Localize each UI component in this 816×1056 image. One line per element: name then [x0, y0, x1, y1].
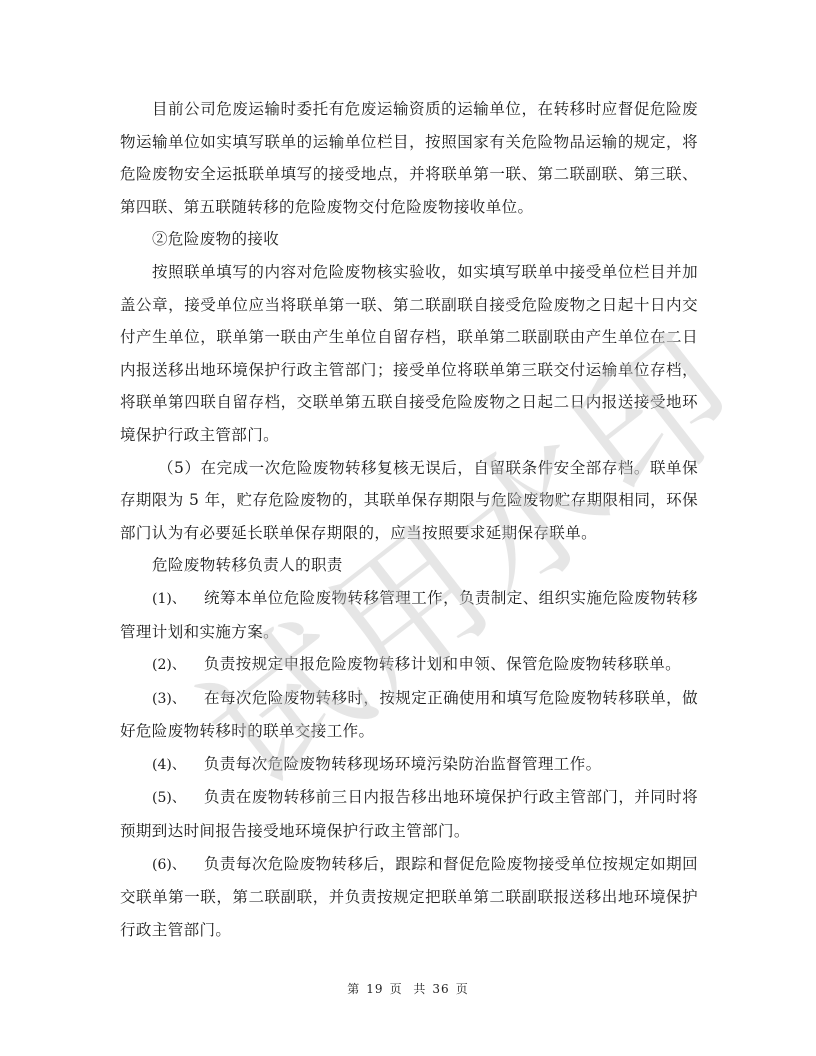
list-item-text: 负责在废物转移前三日内报告移出地环境保护行政主管部门，并同时将预期到达时间报告接… — [120, 788, 698, 840]
footer-prefix: 第 — [347, 982, 360, 996]
list-item: (6)、负责每次危险废物转移后，跟踪和督促危险废物接受单位按规定如期回交联单第一… — [120, 848, 698, 947]
section-heading-receipt: ②危险废物的接收 — [120, 223, 698, 256]
paragraph-transport: 目前公司危废运输时委托有危废运输资质的运输单位，在转移时应督促危险废物运输单位如… — [120, 93, 698, 223]
list-item-text: 在每次危险废物转移时，按规定正确使用和填写危险废物转移联单，做好危险废物转移时的… — [120, 689, 698, 741]
current-page-number: 19 — [366, 982, 383, 996]
list-item-text: 负责按规定申报危险废物转移计划和申领、保管危险废物转移联单。 — [204, 655, 681, 673]
list-item-number: (3)、 — [152, 683, 204, 716]
paragraph-receipt: 按照联单填写的内容对危险废物核实验收，如实填写联单中接受单位栏目并加盖公章，接受… — [120, 256, 698, 452]
list-item-number: (6)、 — [152, 849, 204, 882]
list-item: (3)、在每次危险废物转移时，按规定正确使用和填写危险废物转移联单，做好危险废物… — [120, 682, 698, 748]
footer-total-prefix: 共 — [413, 982, 426, 996]
list-item-text: 负责每次危险废物转移后，跟踪和督促危险废物接受单位按规定如期回交联单第一联，第二… — [120, 855, 698, 939]
list-item-text: 负责每次危险废物转移现场环境污染防治监督管理工作。 — [204, 755, 602, 773]
list-item: (4)、负责每次危险废物转移现场环境污染防治监督管理工作。 — [120, 748, 698, 782]
list-item: (5)、负责在废物转移前三日内报告移出地环境保护行政主管部门，并同时将预期到达时… — [120, 781, 698, 847]
list-item: (1)、统筹本单位危险废物转移管理工作，负责制定、组织实施危险废物转移管理计划和… — [120, 582, 698, 648]
footer-page-word: 页 — [390, 982, 403, 996]
document-page: 目前公司危废运输时委托有危废运输资质的运输单位，在转移时应督促危险废物运输单位如… — [0, 0, 816, 1056]
list-item-number: (4)、 — [152, 749, 204, 782]
list-item-number: (2)、 — [152, 649, 204, 682]
footer-total-suffix: 页 — [456, 982, 469, 996]
total-page-count: 36 — [432, 982, 449, 996]
paragraph-archive: （5）在完成一次危险废物转移复核无误后，自留联条件安全部存档。联单保存期限为 5… — [120, 452, 698, 550]
list-item-number: (1)、 — [152, 583, 204, 616]
page-footer: 第19页 共36页 — [0, 980, 816, 997]
page-body: 目前公司危废运输时委托有危废运输资质的运输单位，在转移时应督促危险废物运输单位如… — [120, 93, 698, 946]
list-item-text: 统筹本单位危险废物转移管理工作，负责制定、组织实施危险废物转移管理计划和实施方案… — [120, 589, 698, 641]
list-item-number: (5)、 — [152, 782, 204, 815]
section-heading-responsibilities: 危险废物转移负责人的职责 — [120, 549, 698, 582]
list-item: (2)、负责按规定申报危险废物转移计划和申领、保管危险废物转移联单。 — [120, 648, 698, 682]
